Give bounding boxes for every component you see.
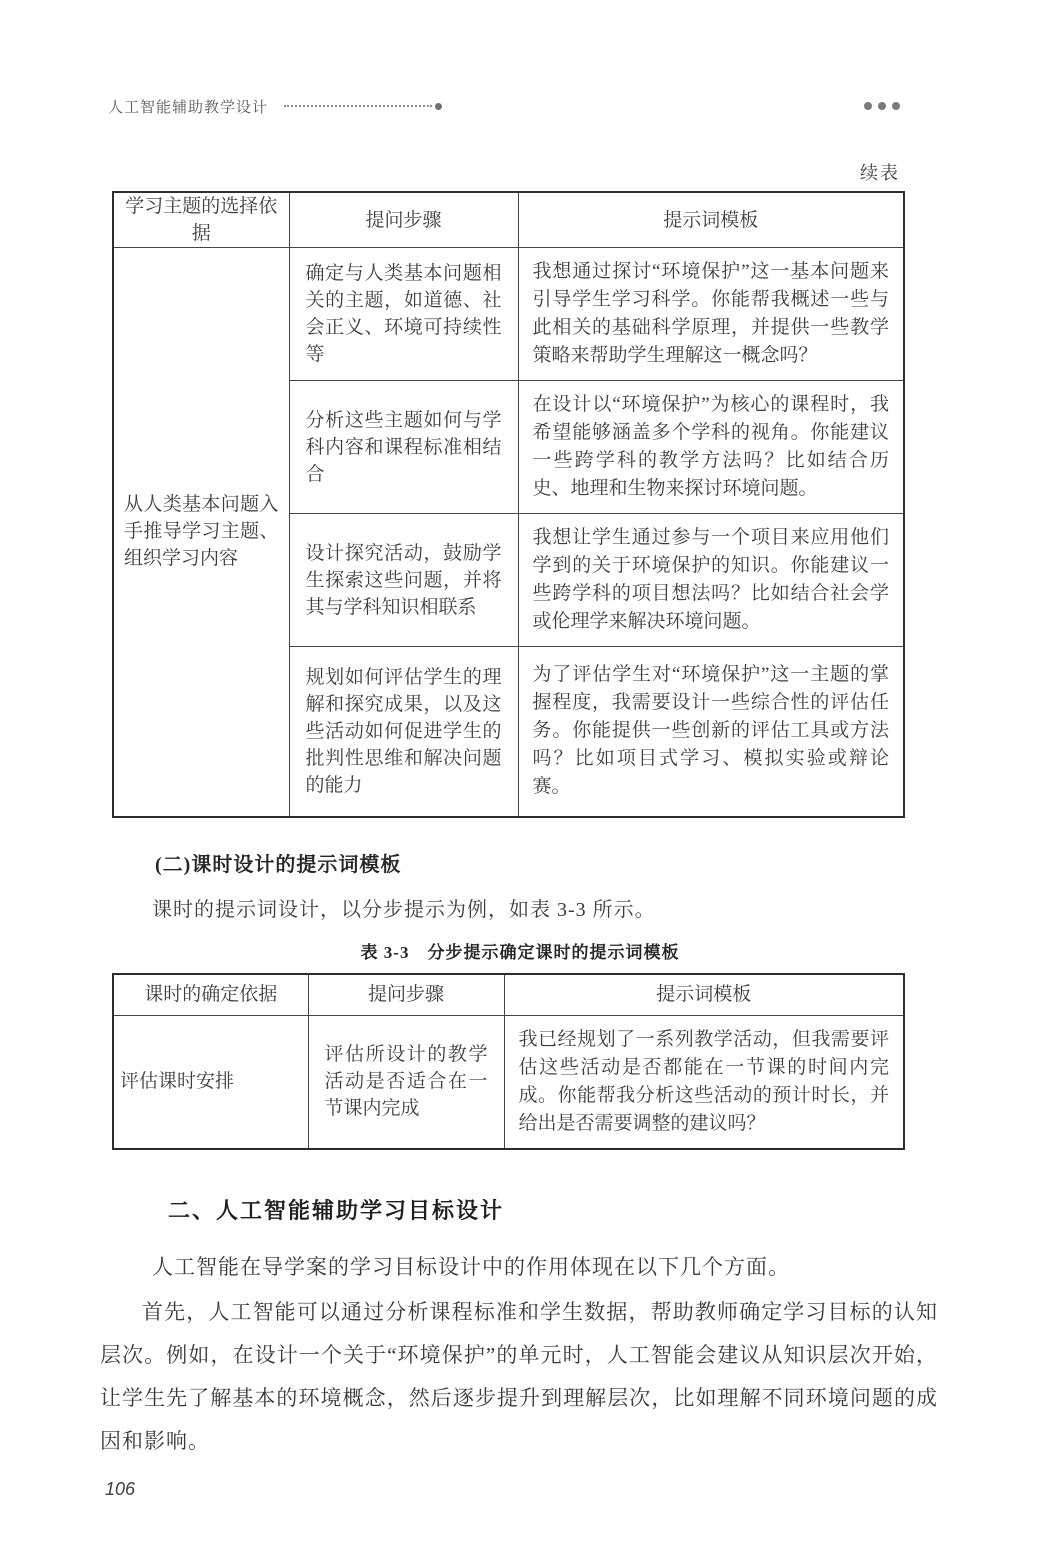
page-number: 106 [105, 1479, 940, 1500]
learning-goals-paragraph-2: 首先，人工智能可以通过分析课程标准和学生数据，帮助教师确定学习目标的认知层次。例… [100, 1291, 938, 1463]
step-cell: 分析这些主题如何与学科内容和课程标准相结合 [289, 381, 518, 514]
table-row: 评估课时安排 评估所设计的教学活动是否适合在一节课内完成 我已经规划了一系列教学… [113, 1015, 904, 1149]
table-header-row: 学习主题的选择依据 提问步骤 提示词模板 [113, 192, 904, 248]
prompt-template-table-lesson: 课时的确定依据 提问步骤 提示词模板 评估课时安排 评估所设计的教学活动是否适合… [112, 973, 905, 1150]
subsection-heading-lesson-design: (二)课时设计的提示词模板 [155, 848, 940, 877]
step-cell: 确定与人类基本问题相关的主题，如道德、社会正义、环境可持续性等 [289, 248, 518, 381]
running-head: 人工智能辅助教学设计 [108, 95, 940, 117]
dotted-leader-icon [284, 105, 432, 107]
continued-table-label: 续表 [0, 159, 900, 185]
basis-cell: 评估课时安排 [113, 1015, 308, 1149]
col-header-question-steps: 提问步骤 [308, 974, 504, 1016]
running-head-title: 人工智能辅助教学设计 [108, 96, 268, 117]
col-header-lesson-basis: 课时的确定依据 [113, 974, 308, 1016]
step-cell: 设计探究活动，鼓励学生探索这些问题，并将其与学科知识相联系 [289, 514, 518, 647]
col-header-prompt-template: 提示词模板 [518, 192, 904, 248]
learning-goals-paragraph-1: 人工智能在导学案的学习目标设计中的作用体现在以下几个方面。 [152, 1251, 940, 1281]
template-cell: 我已经规划了一系列教学活动，但我需要评估这些活动是否都能在一节课的时间内完成。你… [504, 1015, 904, 1149]
section-heading-learning-goals: 二、人工智能辅助学习目标设计 [168, 1194, 940, 1225]
table-row: 从人类基本问题入手推导学习主题、组织学习内容 确定与人类基本问题相关的主题，如道… [113, 248, 904, 381]
step-cell: 规划如何评估学生的理解和探究成果，以及这些活动如何促进学生的批判性思维和解决问题… [289, 647, 518, 817]
col-header-selection-basis: 学习主题的选择依据 [113, 192, 289, 248]
step-cell: 评估所设计的教学活动是否适合在一节课内完成 [308, 1015, 504, 1149]
template-cell: 在设计以“环境保护”为核心的课程时，我希望能够涵盖多个学科的视角。你能建议一些跨… [518, 381, 904, 514]
template-cell: 我想让学生通过参与一个项目来应用他们学到的关于环境保护的知识。你能建议一些跨学科… [518, 514, 904, 647]
col-header-question-steps: 提问步骤 [289, 192, 518, 248]
table-header-row: 课时的确定依据 提问步骤 提示词模板 [113, 974, 904, 1016]
leader-bullet-icon [435, 103, 442, 110]
table-3-3-caption: 表 3-3 分步提示确定课时的提示词模板 [100, 938, 940, 963]
row-group-label-cell: 从人类基本问题入手推导学习主题、组织学习内容 [113, 248, 289, 817]
lesson-design-intro-paragraph: 课时的提示词设计，以分步提示为例，如表 3-3 所示。 [152, 893, 940, 922]
book-page: { "header": { "title": "人工智能辅助教学设计" }, "… [0, 95, 1040, 1548]
col-header-prompt-template: 提示词模板 [504, 974, 904, 1016]
ellipsis-dots-icon [864, 102, 900, 110]
prompt-template-table-topics: 学习主题的选择依据 提问步骤 提示词模板 从人类基本问题入手推导学习主题、组织学… [112, 191, 905, 818]
template-cell: 为了评估学生对“环境保护”这一主题的掌握程度，我需要设计一些综合性的评估任务。你… [518, 647, 904, 817]
template-cell: 我想通过探讨“环境保护”这一基本问题来引导学生学习科学。你能帮我概述一些与此相关… [518, 248, 904, 381]
